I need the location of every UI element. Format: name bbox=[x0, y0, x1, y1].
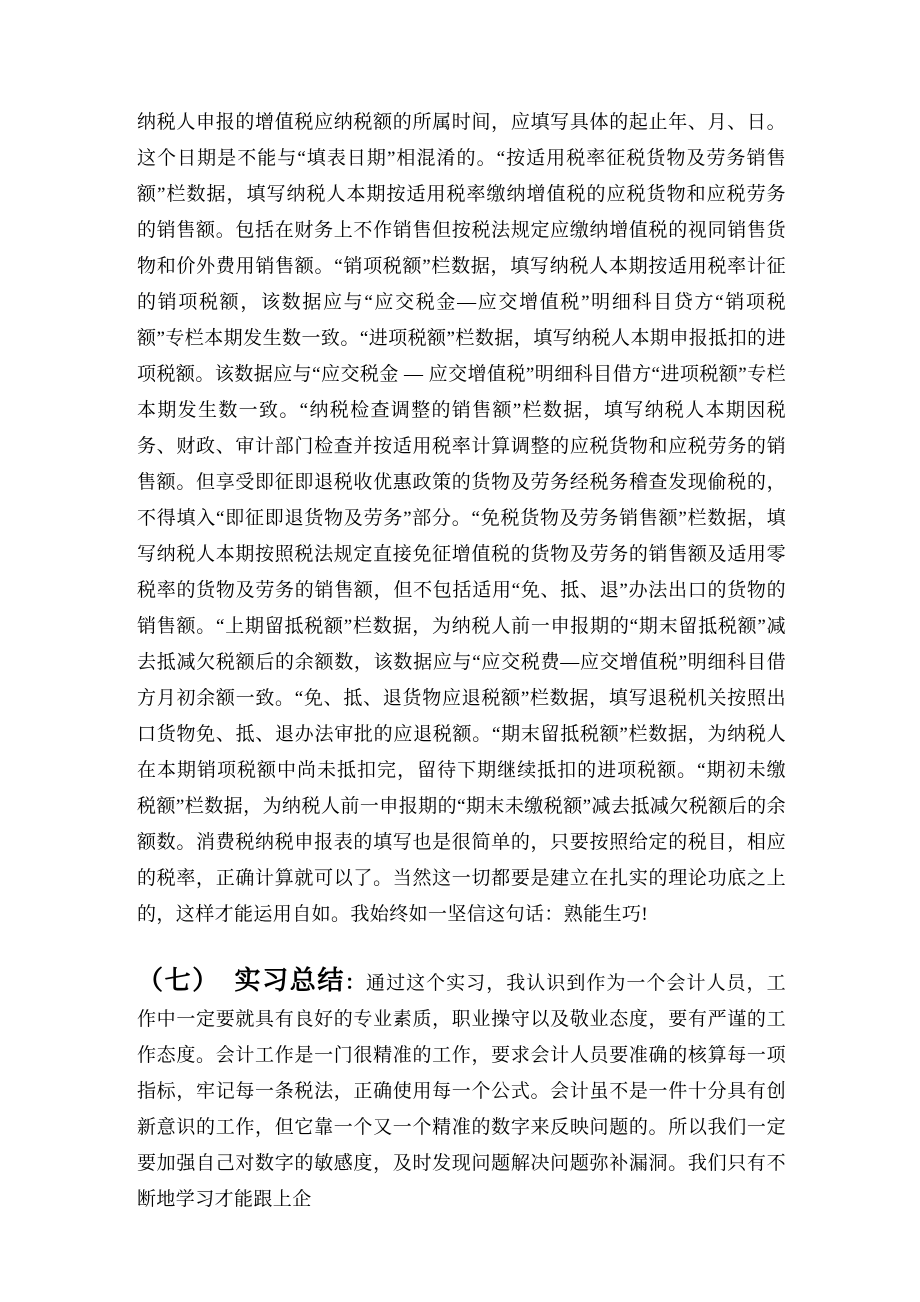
internship-summary-text: 通过这个实习，我认识到作为一个会计人员，工作中一定要就具有良好的专业素质，职业操… bbox=[137, 973, 786, 1210]
section-heading: （七） 实习总结 bbox=[137, 966, 345, 995]
document-page: 纳税人申报的增值税应纳税额的所属时间，应填写具体的起止年、月、日。这个日期是不能… bbox=[0, 0, 920, 1302]
section-heading-colon: ： bbox=[345, 972, 366, 994]
paragraph-internship-summary: （七） 实习总结：通过这个实习，我认识到作为一个会计人员，工作中一定要就具有良好… bbox=[137, 963, 786, 1218]
paragraph-tax-filing: 纳税人申报的增值税应纳税额的所属时间，应填写具体的起止年、月、日。这个日期是不能… bbox=[137, 105, 786, 933]
